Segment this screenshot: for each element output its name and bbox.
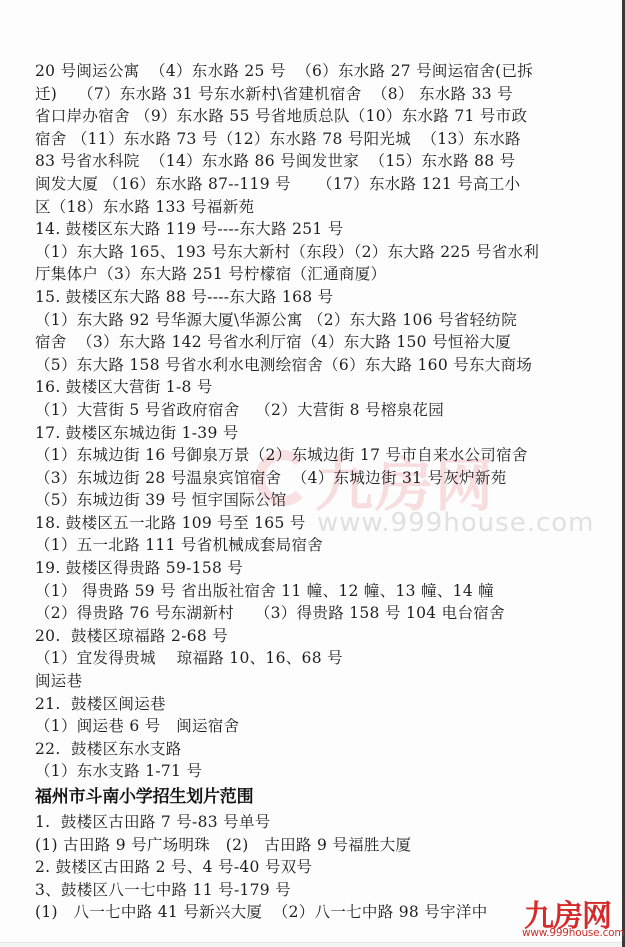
text-line: 闽发大厦 （16）东水路 87--119 号 （17）东水路 121 号高工小 <box>35 173 595 196</box>
section-item-14: 14. 鼓楼区东大路 119 号----东大路 251 号 <box>35 218 595 241</box>
text-line: （1）东水支路 1-71 号 <box>35 760 595 783</box>
text-line: （1）五一北路 111 号省机械成套局宿舍 <box>35 534 595 557</box>
text-line: （1） 得贵路 59 号 省出版社宿舍 11 幢、12 幢、13 幢、14 幢 <box>35 580 595 603</box>
text-line: （3）东城边街 28 号温泉宾馆宿舍 （4）东城边街 31 号灰炉新苑 <box>35 467 595 490</box>
page-bottom-edge <box>0 942 622 947</box>
section-item-22: 22. 鼓楼区东水支路 <box>35 738 595 761</box>
section-heading: 福州市斗南小学招生划片范围 <box>35 785 595 809</box>
text-line: （1）东城边街 16 号御泉万景（2）东城边街 17 号市自来水公司宿舍 <box>35 444 595 467</box>
text-line: （1）东大路 92 号华源大厦\华源公寓 （2）东大路 106 号省轻纺院 <box>35 309 595 332</box>
text-line: 宿舍 （3）东大路 142 号省水利厅宿（4）东大路 150 号恒裕大厦 <box>35 331 595 354</box>
text-line: 厅集体户（3）东大路 251 号柠檬宿（汇通商厦） <box>35 263 595 286</box>
text-line: （5）东城边街 39 号 恒宇国际公馆 <box>35 489 595 512</box>
section2-item-2: 2. 鼓楼区古田路 2 号、4 号-40 号双号 <box>35 856 595 879</box>
text-line: 83 号省水科院 （14）东水路 86 号闽发世家 （15）东水路 88 号 <box>35 150 595 173</box>
text-line: 20 号闽运公寓 （4）东水路 25 号 （6）东水路 27 号闽运宿舍(已拆 <box>35 60 595 83</box>
section-item-16: 16. 鼓楼区大营街 1-8 号 <box>35 376 595 399</box>
section-item-20: 20. 鼓楼区琼福路 2-68 号 <box>35 625 595 648</box>
text-line: (1) 八一七中路 41 号新兴大厦 （2）八一七中路 98 号宇洋中 <box>35 901 595 924</box>
text-line: （1）宜发得贵城 琼福路 10、16、68 号 <box>35 647 595 670</box>
section-item-21: 21. 鼓楼区闽运巷 <box>35 693 595 716</box>
document-body: 20 号闽运公寓 （4）东水路 25 号 （6）东水路 27 号闽运宿舍(已拆 … <box>35 60 595 924</box>
text-line: 省口岸办宿舍 （9）东水路 55 号省地质总队（10）东水路 71 号市政 <box>35 105 595 128</box>
section-item-15: 15. 鼓楼区东大路 88 号----东大路 168 号 <box>35 286 595 309</box>
section-item-17: 17. 鼓楼区东城边街 1-39 号 <box>35 422 595 445</box>
text-line: （5）东大路 158 号省水利水电测绘宿舍（6）东大路 160 号东大商场 <box>35 354 595 377</box>
text-line: （1）东大路 165、193 号东大新村（东段）（2）东大路 225 号省水利 <box>35 241 595 264</box>
document-page: 20 号闽运公寓 （4）东水路 25 号 （6）东水路 27 号闽运宿舍(已拆 … <box>0 0 622 947</box>
text-line: 宿舍 （11）东水路 73 号（12）东水路 78 号阳光城 （13）东水路 <box>35 128 595 151</box>
section2-item-3: 3、鼓楼区八一七中路 11 号-179 号 <box>35 879 595 902</box>
text-line: （2）得贵路 76 号东湖新村 （3）得贵路 158 号 104 电台宿舍 <box>35 602 595 625</box>
section2-item-1: 1. 鼓楼区古田路 7 号-83 号单号 <box>35 811 595 834</box>
corner-watermark-url: www.999house.com <box>522 927 624 939</box>
text-line: 迁) （7）东水路 31 号东水新村\省建机宿舍 （8） 东水路 33 号 <box>35 83 595 106</box>
section-item-18: 18. 鼓楼区五一北路 109 号至 165 号 <box>35 512 595 535</box>
text-line: （1）大营街 5 号省政府宿舍 （2）大营街 8 号榕泉花园 <box>35 399 595 422</box>
text-line: 区（18）东水路 133 号福新苑 <box>35 196 595 219</box>
text-line: 闽运巷 <box>35 670 595 693</box>
text-line: （1）闽运巷 6 号 闽运宿舍 <box>35 715 595 738</box>
section-item-19: 19. 鼓楼区得贵路 59-158 号 <box>35 557 595 580</box>
text-line: (1) 古田路 9 号广场明珠 (2) 古田路 9 号福胜大厦 <box>35 834 595 857</box>
